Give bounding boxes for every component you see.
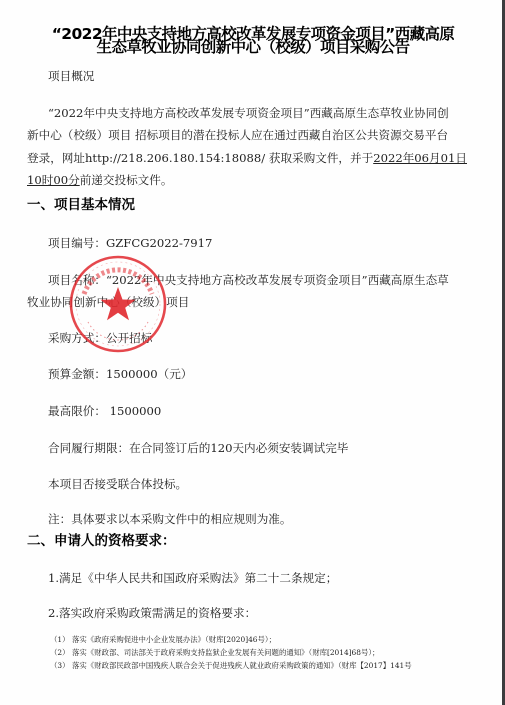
document-page: “2022年中央支持地方高校改革发展专项资金项目”西藏高原 生态草牧业协同创新中… — [0, 0, 502, 705]
sub-requirement-text: 落实《财政部、司法部关于政府采购支持监狱企业发展有关问题的通知》（财库[2014… — [72, 648, 379, 657]
contract-period: 合同履行期限：在合同签订后的120天内必须安装调试完毕 — [48, 441, 348, 455]
project-name-line-1: 项目名称：“2022年中央支持地方高校改革发展专项资金项目”西藏高原生态草 — [48, 273, 449, 287]
sub-requirement-1: （1）落实《政府采购促进中小企业发展办法》（财库[2020]46号）； — [50, 635, 276, 645]
project-name-line-2: 牧业协同创新中心（校级）项目 — [27, 295, 189, 309]
overview-line-2: 新中心（校级）项目 招标项目的潜在投标人应在通过西藏自治区公共资源交易平台 — [27, 128, 448, 142]
sub-requirement-number: （1） — [50, 635, 72, 645]
consortium-bid: 本项目否接受联合体投标。 — [48, 477, 187, 491]
procurement-method: 采购方式：公开招标 — [48, 331, 152, 345]
overview-label: 项目概况 — [48, 69, 94, 83]
note: 注：具体要求以本采购文件中的相应规则为准。 — [48, 512, 291, 526]
overview-line-4-text: 前递交投标文件。 — [80, 173, 173, 187]
requirement-1: 1.满足《中华人民共和国政府采购法》第二十二条规定； — [48, 571, 337, 585]
document-title-line-2: 生态草牧业协同创新中心（校级）项目采购公告 — [30, 41, 476, 54]
overview-line-3-text: 登录，网址http://218.206.180.154:18088/ 获取采购文… — [27, 151, 373, 165]
sub-requirement-3: （3）落实《财政部民政部中国残疾人联合会关于促进残疾人就业政府采购政策的通知》（… — [50, 661, 412, 671]
sub-requirement-text: 落实《政府采购促进中小企业发展办法》（财库[2020]46号）； — [72, 635, 276, 644]
overview-line-4: 10时00分前递交投标文件。 — [27, 173, 172, 187]
section-1-heading: 一、项目基本情况 — [27, 197, 135, 213]
overview-line-3: 登录，网址http://218.206.180.154:18088/ 获取采购文… — [27, 151, 467, 165]
deadline-time: 10时00分 — [27, 173, 80, 187]
budget-amount: 预算金额：1500000（元） — [48, 367, 192, 381]
project-number: 项目编号：GZFCG2022-7917 — [48, 236, 212, 250]
sub-requirement-number: （3） — [50, 661, 72, 671]
max-price: 最高限价： 1500000 — [48, 404, 161, 418]
deadline-date: 2022年06月01日 — [373, 151, 467, 165]
overview-line-1: “2022年中央支持地方高校改革发展专项资金项目”西藏高原生态草牧业协同创 — [48, 106, 449, 120]
sub-requirement-text: 落实《财政部民政部中国残疾人联合会关于促进残疾人就业政府采购政策的通知》（财库【… — [72, 661, 412, 670]
section-2-heading: 二、申请人的资格要求： — [27, 533, 176, 549]
sub-requirement-2: （2）落实《财政部、司法部关于政府采购支持监狱企业发展有关问题的通知》（财库[2… — [50, 648, 379, 658]
requirement-2: 2.落实政府采购政策需满足的资格要求： — [48, 606, 256, 620]
sub-requirement-number: （2） — [50, 648, 72, 658]
